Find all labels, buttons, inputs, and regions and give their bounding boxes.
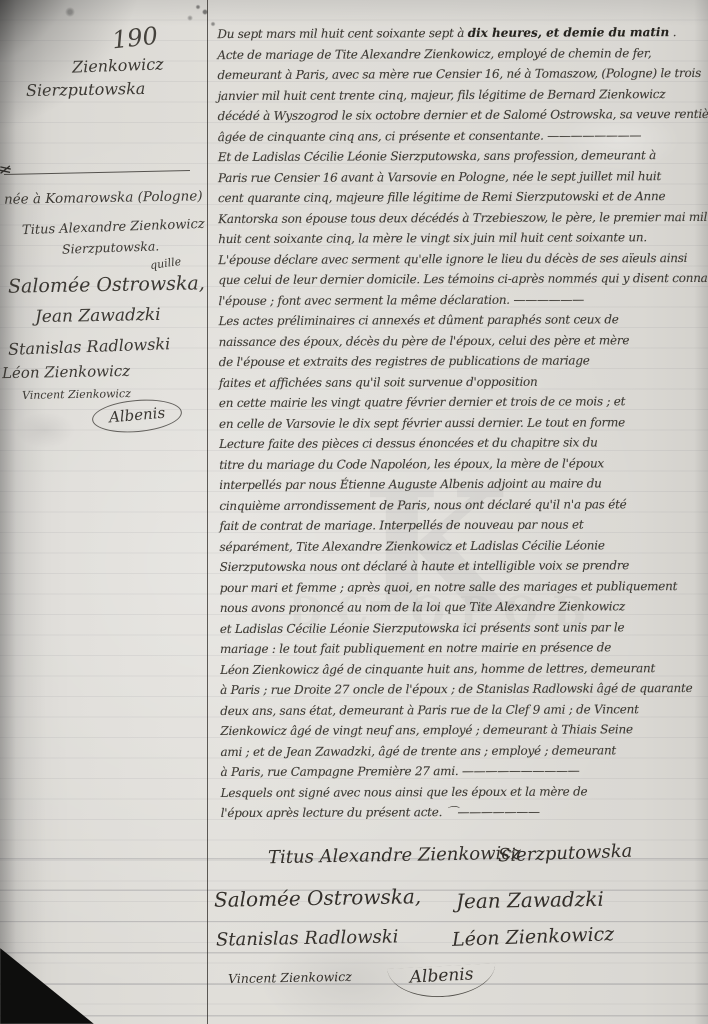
body-line: Zienkowicz âgé de vingt neuf ans, employ…	[220, 719, 707, 742]
margin-note: née à Komarowska (Pologne)	[4, 188, 203, 207]
body-line: cinquième arrondissement de Paris, nous …	[219, 493, 706, 516]
body-line: mariage : le tout fait publiquement en n…	[220, 637, 707, 660]
body-line: naissance des époux, décès du père de l'…	[219, 329, 706, 352]
body-line: Sierzputowska nous ont déclaré à haute e…	[220, 555, 707, 578]
body-line: interpellés par nous Étienne Auguste Alb…	[219, 473, 706, 496]
body-line: Léon Zienkowicz âgé de cinquante huit an…	[220, 657, 707, 680]
body-line: séparément, Tite Alexandre Zienkowicz et…	[219, 534, 706, 557]
margin-signature: Titus Alexandre Zienkowicz	[22, 217, 205, 238]
body-line: Et de Ladislas Cécilie Léonie Sierzputow…	[218, 145, 705, 168]
body-line: à Paris ; rue Droite 27 oncle de l'époux…	[220, 678, 707, 701]
body-line: décédé à Wyszogrod le six octobre dernie…	[218, 104, 705, 127]
body-line: que celui de leur dernier domicile. Les …	[218, 268, 705, 291]
act-body-text: Du sept mars mil huit cent soixante sept…	[217, 22, 707, 824]
margin-separator-line	[4, 170, 190, 175]
margin-signature: Jean Zawadzki	[35, 305, 161, 327]
margin-signature-officer: Albenis	[91, 396, 184, 436]
body-line: en celle de Varsovie le dix sept février…	[219, 411, 706, 434]
body-line: à Paris, rue Campagne Première 27 ami. —…	[220, 760, 707, 783]
body-line: en cette mairie les vingt quatre février…	[219, 391, 706, 414]
margin-signature: Vincent Zienkowicz	[22, 387, 131, 402]
body-line: janvier mil huit cent trente cinq, majeu…	[218, 83, 705, 106]
body-line: pour mari et femme ; après quoi, en notr…	[220, 575, 707, 598]
body-line: et Ladislas Cécilie Léonie Sierzputowska…	[220, 616, 707, 639]
margin-signature: Stanislas Radlowski	[8, 334, 171, 359]
margin-signature: Salomée Ostrowska,	[8, 272, 205, 297]
time-insertion: dix heures, et demie du matin	[468, 25, 670, 40]
body-line: L'épouse déclare avec serment qu'elle ig…	[218, 247, 705, 270]
body-line: Les actes préliminaires ci annexés et dû…	[219, 309, 706, 332]
body-line: l'épouse ; font avec serment la même déc…	[218, 288, 705, 311]
body-line-first: Du sept mars mil huit cent soixante sept…	[217, 22, 704, 45]
body-line: Lesquels ont signé avec nous ainsi que l…	[221, 780, 708, 803]
body-line: huit cent soixante cinq, la mère le ving…	[218, 227, 705, 250]
marriage-record-scan: K DC OPOB 190 Zienkowicz Sierzputowska ≠…	[0, 0, 708, 1024]
body-line: Paris rue Censier 16 avant à Varsovie en…	[218, 165, 705, 188]
body-line: Lecture faite des pièces ci dessus énonc…	[219, 432, 706, 455]
margin-groom-surname: Zienkowicz	[72, 54, 164, 76]
body-line: Acte de mariage de Tite Alexandre Zienko…	[217, 42, 704, 65]
line-end: .	[669, 25, 676, 39]
margin-inserted-word: quille	[149, 255, 182, 272]
body-line: de l'épouse et extraits des registres de…	[219, 350, 706, 373]
body-line: fait de contrat de mariage. Interpellés …	[219, 514, 706, 537]
renvoi-mark: ≠	[0, 159, 14, 182]
margin-bride-surname: Sierzputowska	[26, 79, 146, 100]
margin-rule-vertical	[207, 0, 208, 1024]
body-line: âgée de cinquante cinq ans, ci présente …	[218, 124, 705, 147]
act-number: 190	[111, 22, 159, 55]
signature-witness-vincent: Vincent Zienkowicz	[228, 969, 352, 986]
margin-signature: Léon Zienkowicz	[2, 362, 130, 382]
body-line: titre du mariage du Code Napoléon, les é…	[219, 452, 706, 475]
signature-witness-zawadzki: Jean Zawadzki	[456, 887, 604, 914]
signature-groom: Titus Alexandre Zienkowicz	[268, 843, 521, 868]
body-line: cent quarante cinq, majeure fille légiti…	[218, 186, 705, 209]
body-line: l'époux après lecture du présent acte. ⌒…	[221, 801, 708, 824]
body-line: Kantorska son épouse tous deux décédés à…	[218, 206, 705, 229]
signature-witness-radlowski: Stanislas Radlowski	[216, 926, 399, 950]
body-line: demeurant à Paris, avec sa mère rue Cens…	[217, 63, 704, 86]
body-line: faites et affichées sans qu'il soit surv…	[219, 370, 706, 393]
signature-mother: Salomée Ostrowska,	[214, 884, 422, 912]
body-line: deux ans, sans état, demeurant à Paris r…	[220, 698, 707, 721]
date-text: Du sept mars mil huit cent soixante sept…	[217, 26, 467, 41]
body-line: ami ; et de Jean Zawadzki, âgé de trente…	[220, 739, 707, 762]
margin-signature: Sierzputowska.	[62, 238, 160, 256]
body-line: nous avons prononcé au nom de la loi que…	[220, 596, 707, 619]
